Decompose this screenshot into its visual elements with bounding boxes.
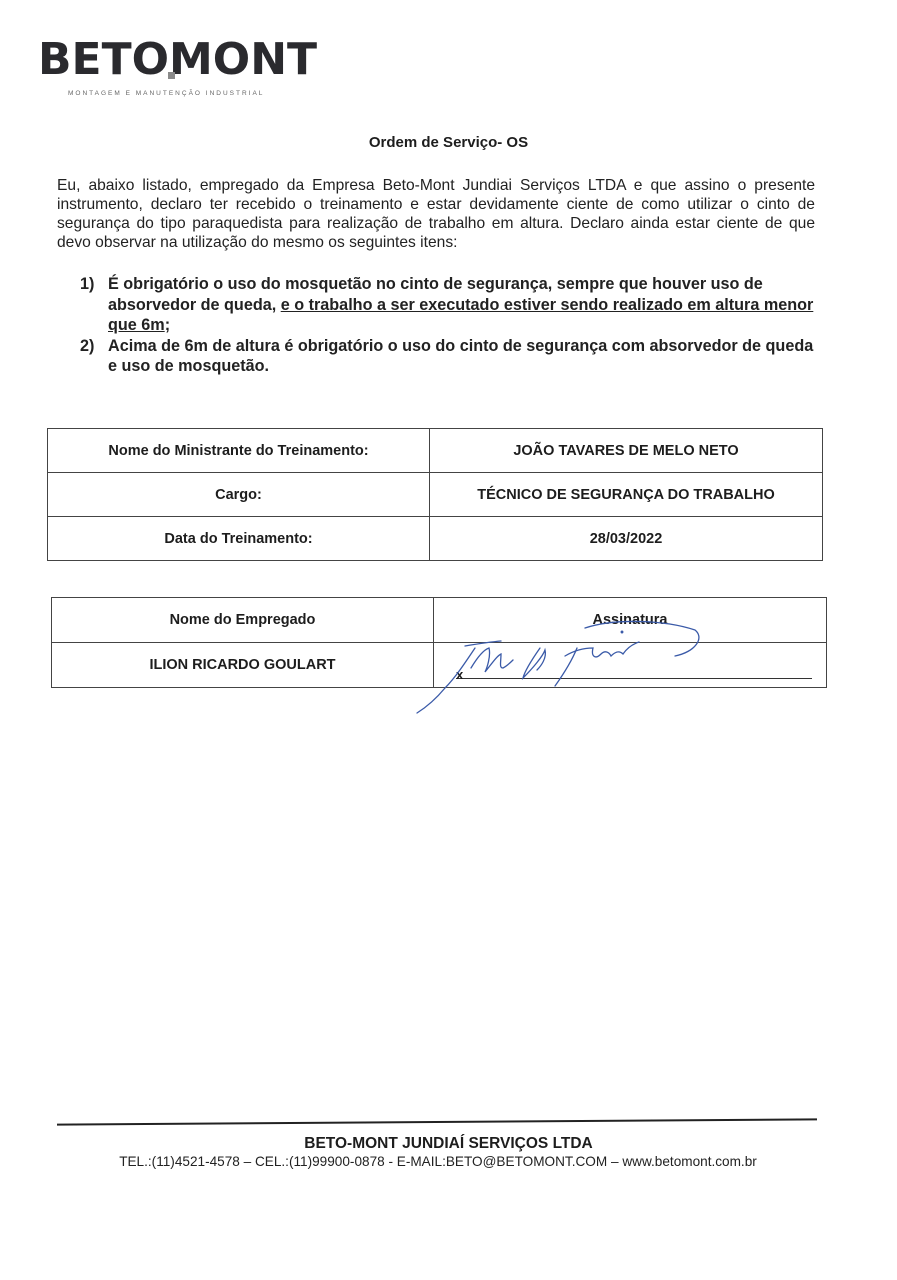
trainer-value: JOÃO TAVARES DE MELO NETO [430, 429, 823, 473]
table-row: Nome do Ministrante do Treinamento: JOÃO… [48, 429, 823, 473]
item-number: 1) [80, 274, 108, 336]
employee-name: ILION RICARDO GOULART [52, 643, 434, 688]
footer-contact-info: TEL.:(11)4521-4578 – CEL.:(11)99900-0878… [58, 1154, 818, 1169]
logo-wordmark: BETOMONT [38, 38, 317, 82]
document-title: Ordem de Serviço- OS [0, 134, 897, 151]
trainer-label: Nome do Ministrante do Treinamento: [48, 429, 430, 473]
role-label: Cargo: [48, 473, 430, 517]
table-row: Data do Treinamento: 28/03/2022 [48, 517, 823, 561]
item-text-end: ; [165, 316, 170, 334]
training-info-table: Nome do Ministrante do Treinamento: JOÃO… [47, 428, 823, 561]
date-value: 28/03/2022 [430, 517, 823, 561]
item-text: Acima de 6m de altura é obrigatório o us… [108, 336, 820, 377]
requirement-item: 1) É obrigatório o uso do mosquetão no c… [80, 274, 820, 336]
footer-company-name: BETO-MONT JUNDIAÍ SERVIÇOS LTDA [0, 1135, 897, 1153]
item-text: É obrigatório o uso do mosquetão no cint… [108, 274, 820, 336]
company-logo: BETOMONT MONTAGEM E MANUTENÇÃO INDUSTRIA… [38, 38, 317, 97]
footer-divider [57, 1118, 817, 1125]
handwritten-signature [405, 608, 725, 718]
intro-paragraph: Eu, abaixo listado, empregado da Empresa… [57, 176, 815, 252]
employee-name-header: Nome do Empregado [52, 598, 434, 643]
role-value: TÉCNICO DE SEGURANÇA DO TRABALHO [430, 473, 823, 517]
table-row: Cargo: TÉCNICO DE SEGURANÇA DO TRABALHO [48, 473, 823, 517]
logo-dot-icon [168, 72, 175, 79]
date-label: Data do Treinamento: [48, 517, 430, 561]
requirements-list: 1) É obrigatório o uso do mosquetão no c… [80, 274, 820, 377]
requirement-item: 2) Acima de 6m de altura é obrigatório o… [80, 336, 820, 377]
item-number: 2) [80, 336, 108, 377]
logo-tagline: MONTAGEM E MANUTENÇÃO INDUSTRIAL [68, 90, 317, 97]
